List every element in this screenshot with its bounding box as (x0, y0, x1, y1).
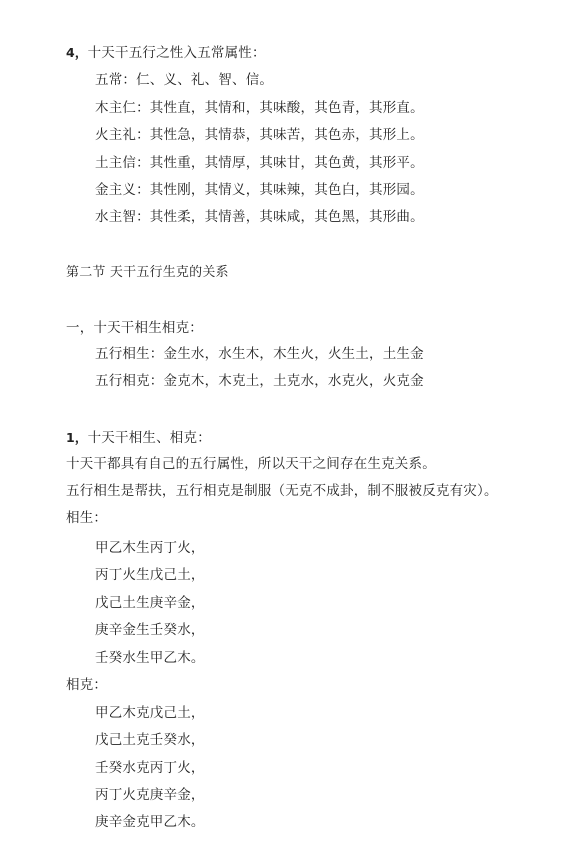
wood-ren-line: 木主仁：其性直，其情和，其味酸，其色青，其形直。 (95, 100, 424, 116)
section4-heading-text: 十天干五行之性入五常属性： (88, 45, 266, 61)
section4-heading-number: 4， (66, 45, 88, 60)
section4-heading: 4，十天干五行之性入五常属性： (66, 45, 266, 61)
wuxing-sheng-line: 五行相生：金生水，水生木，木生火，火生土，土生金 (95, 346, 424, 362)
metal-yi-line: 金主义：其性刚，其情义，其味辣，其色白，其形园。 (95, 182, 424, 198)
ke-label: 相克： (66, 677, 107, 693)
sheng-line: 壬癸水生甲乙木。 (95, 650, 205, 666)
ke-line: 壬癸水克丙丁火， (95, 760, 205, 776)
item1-heading-number: 1， (66, 430, 88, 445)
sheng-line: 庚辛金生壬癸水， (95, 622, 205, 638)
water-zhi-line: 水主智：其性柔，其情善，其味咸，其色黑，其形曲。 (95, 209, 424, 225)
part1-heading: 一，十天干相生相克： (66, 320, 203, 336)
fire-li-line: 火主礼：其性急，其情恭，其味苦，其色赤，其形上。 (95, 127, 424, 143)
sheng-label: 相生： (66, 510, 107, 526)
ke-line: 丙丁火克庚辛金， (95, 787, 205, 803)
item1-paragraph-1: 十天干都具有自己的五行属性，所以天干之间存在生克关系。 (66, 456, 436, 472)
earth-xin-line: 土主信：其性重，其情厚，其味甘，其色黄，其形平。 (95, 155, 424, 171)
item1-heading: 1，十天干相生、相克： (66, 430, 211, 446)
wuxing-ke-line: 五行相克：金克木，木克土，土克水，水克火，火克金 (95, 373, 424, 389)
sheng-line: 甲乙木生丙丁火， (95, 540, 205, 556)
wuchang-line: 五常：仁、义、礼、智、信。 (95, 72, 273, 88)
section-title: 第二节 天干五行生克的关系 (66, 265, 229, 281)
ke-line: 戊己土克壬癸水， (95, 732, 205, 748)
sheng-line: 戊己土生庚辛金， (95, 595, 205, 611)
sheng-line: 丙丁火生戊己土， (95, 567, 205, 583)
ke-line: 甲乙木克戊己土， (95, 705, 205, 721)
ke-line: 庚辛金克甲乙木。 (95, 814, 205, 830)
item1-paragraph-2: 五行相生是帮扶，五行相克是制服（无克不成卦，制不服被反克有灾）。 (66, 483, 498, 499)
item1-heading-text: 十天干相生、相克： (88, 430, 211, 446)
